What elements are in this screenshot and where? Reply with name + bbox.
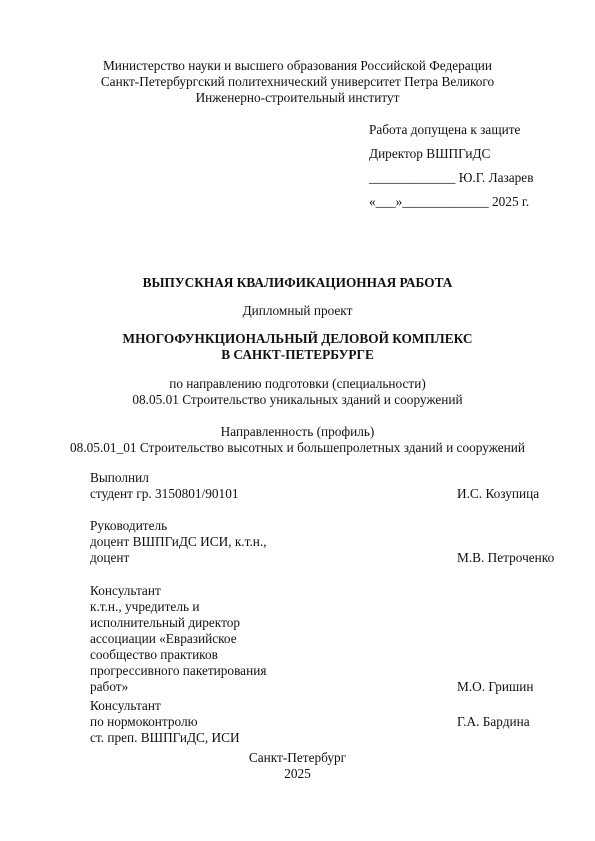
normcontrol-detail-1: по нормоконтролю (90, 714, 240, 730)
approval-block: Работа допущена к защите Директор ВШПГиД… (369, 122, 533, 210)
supervisor-block: Руководитель доцент ВШПГиДС ИСИ, к.т.н.,… (90, 518, 267, 566)
supervisor-detail-1: доцент ВШПГиДС ИСИ, к.т.н., (90, 534, 267, 550)
ministry-header: Министерство науки и высшего образования… (0, 58, 595, 106)
topic-line-2: В САНКТ-ПЕТЕРБУРГЕ (0, 347, 595, 363)
specialty-value: 08.05.01 Строительство уникальных зданий… (0, 392, 595, 408)
approval-admitted: Работа допущена к защите (369, 122, 533, 138)
work-type-title: ВЫПУСКНАЯ КВАЛИФИКАЦИОННАЯ РАБОТА (0, 275, 595, 291)
normcontrol-role: Консультант (90, 698, 240, 714)
normcontrol-name: Г.А. Бардина (457, 714, 530, 730)
approval-signature-line: _____________ Ю.Г. Лазарев (369, 170, 533, 186)
consultant-detail-4: сообщество практиков (90, 647, 266, 663)
student-name: И.С. Козупица (457, 486, 539, 502)
topic-title: МНОГОФУНКЦИОНАЛЬНЫЙ ДЕЛОВОЙ КОМПЛЕКС В С… (0, 331, 595, 363)
consultant-name: М.О. Гришин (457, 679, 533, 695)
consultant-detail-5: прогрессивного пакетирования (90, 663, 266, 679)
footer-block: Санкт-Петербург 2025 (0, 750, 595, 782)
consultant-detail-3: ассоциации «Евразийское (90, 631, 266, 647)
consultant-role: Консультант (90, 583, 266, 599)
normcontrol-block: Консультант по нормоконтролю ст. преп. В… (90, 698, 240, 746)
project-type: Дипломный проект (0, 303, 595, 319)
supervisor-role: Руководитель (90, 518, 267, 534)
profile-block: Направленность (профиль) 08.05.01_01 Стр… (0, 424, 595, 456)
supervisor-detail-2: доцент (90, 550, 267, 566)
approval-position: Директор ВШПГиДС (369, 146, 533, 162)
consultant-detail-2: исполнительный директор (90, 615, 266, 631)
profile-label: Направленность (профиль) (0, 424, 595, 440)
student-role: Выполнил (90, 470, 239, 486)
consultant-block: Консультант к.т.н., учредитель и исполни… (90, 583, 266, 695)
header-line-institute: Инженерно-строительный институт (0, 90, 595, 106)
footer-city: Санкт-Петербург (0, 750, 595, 766)
specialty-label: по направлению подготовки (специальности… (0, 376, 595, 392)
approval-date-line: «___»_____________ 2025 г. (369, 194, 533, 210)
profile-value: 08.05.01_01 Строительство высотных и бол… (0, 440, 595, 456)
consultant-detail-1: к.т.н., учредитель и (90, 599, 266, 615)
specialty-block: по направлению подготовки (специальности… (0, 376, 595, 408)
topic-line-1: МНОГОФУНКЦИОНАЛЬНЫЙ ДЕЛОВОЙ КОМПЛЕКС (0, 331, 595, 347)
student-group: студент гр. 3150801/90101 (90, 486, 239, 502)
footer-year: 2025 (0, 766, 595, 782)
supervisor-name: М.В. Петроченко (457, 550, 554, 566)
header-line-university: Санкт-Петербургский политехнический унив… (0, 74, 595, 90)
header-line-ministry: Министерство науки и высшего образования… (0, 58, 595, 74)
consultant-detail-6: работ» (90, 679, 266, 695)
student-block: Выполнил студент гр. 3150801/90101 (90, 470, 239, 502)
normcontrol-detail-2: ст. преп. ВШПГиДС, ИСИ (90, 730, 240, 746)
